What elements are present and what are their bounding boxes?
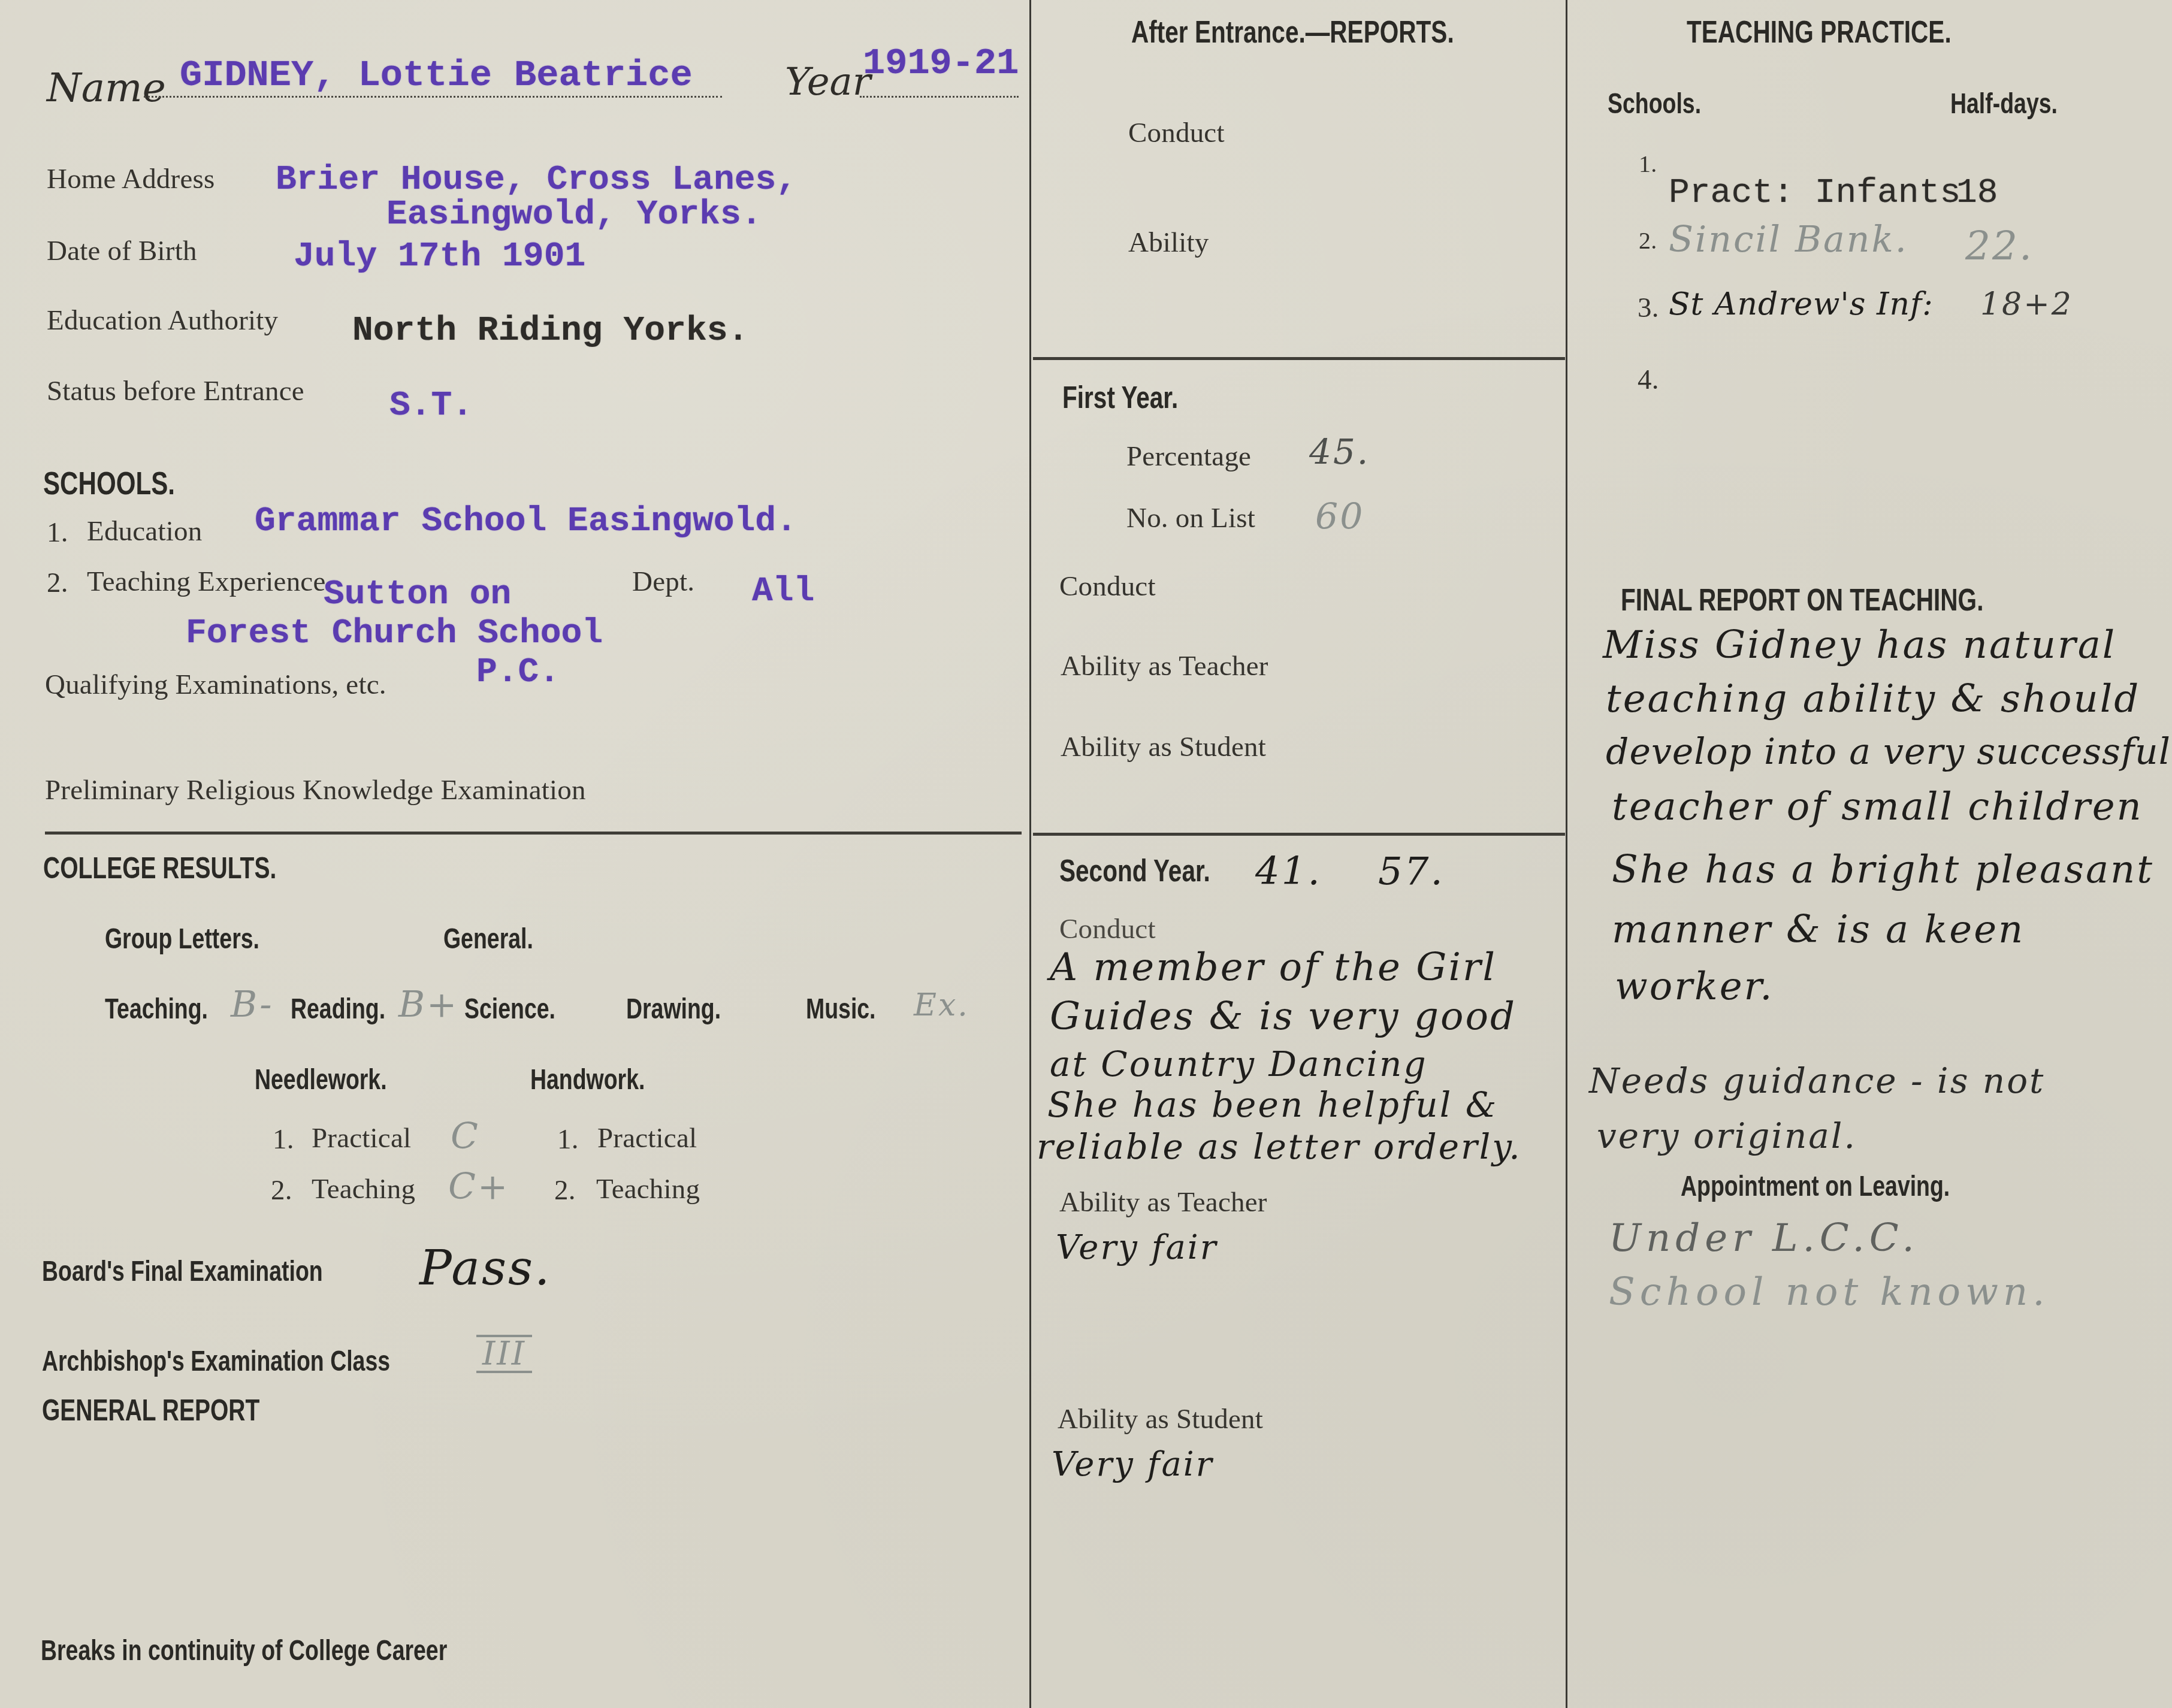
needle-teaching-num: 2. xyxy=(271,1174,292,1207)
first-year-student-label: Ability as Student xyxy=(1061,731,1266,763)
column-divider-right xyxy=(1566,0,1567,1708)
first-year-conduct-label: Conduct xyxy=(1059,570,1156,603)
needlework-label: Needlework. xyxy=(255,1063,387,1096)
education-authority-value: North Riding Yorks. xyxy=(352,312,748,350)
boards-final-label: Board's Final Examination xyxy=(42,1255,323,1288)
tp-item-num: 3. xyxy=(1638,292,1659,324)
second-year-student-label: Ability as Student xyxy=(1058,1403,1263,1435)
needle-practical-num: 1. xyxy=(273,1123,294,1156)
second-year-heading: Second Year. xyxy=(1059,853,1210,889)
appointment-line: School not known. xyxy=(1609,1270,2049,1314)
hand-teaching-num: 2. xyxy=(554,1174,576,1207)
tp-item-half-days: 18+2 xyxy=(1980,286,2073,322)
teaching-grade: B- xyxy=(231,984,273,1026)
tp-item-half-days: 22. xyxy=(1965,223,2034,269)
record-card: Name GIDNEY, Lottie Beatrice Year 1919-2… xyxy=(0,0,2172,1708)
science-label: Science. xyxy=(464,993,555,1026)
section-rule-left xyxy=(45,832,1022,835)
college-results-heading: COLLEGE RESULTS. xyxy=(43,851,276,885)
first-year-percentage-label: Percentage xyxy=(1126,440,1251,473)
status-label: Status before Entrance xyxy=(47,375,304,407)
final-report-line: develop into a very successful xyxy=(1606,731,2171,773)
section-rule-first-year xyxy=(1033,357,1565,360)
dob-value: July 17th 1901 xyxy=(294,237,585,276)
qualifying-value: P.C. xyxy=(476,653,560,692)
final-report-line: manner & is a keen xyxy=(1612,908,2025,952)
second-year-conduct-line: reliable as letter orderly. xyxy=(1037,1126,1522,1167)
experience-value-line1: Sutton on xyxy=(324,575,511,614)
tp-item-num: 1. xyxy=(1639,150,1657,178)
second-year-teacher-label: Ability as Teacher xyxy=(1059,1186,1267,1219)
needle-practical-grade: C xyxy=(451,1116,480,1157)
name-value: GIDNEY, Lottie Beatrice xyxy=(180,54,693,96)
tp-item-num: 2. xyxy=(1639,226,1657,255)
schools-heading: SCHOOLS. xyxy=(43,465,175,502)
general-report-label: GENERAL REPORT xyxy=(42,1393,259,1428)
home-address-label: Home Address xyxy=(47,163,215,195)
experience-label: Teaching Experience xyxy=(87,566,325,598)
dob-label: Date of Birth xyxy=(47,235,197,267)
name-label: Name xyxy=(47,65,166,111)
home-address-line1: Brier House, Cross Lanes, xyxy=(276,161,797,199)
status-value: S.T. xyxy=(389,386,473,425)
religious-exam-label: Preliminary Religious Knowledge Examinat… xyxy=(45,774,586,806)
appointment-line: Under L.C.C. xyxy=(1609,1216,1919,1260)
hand-teaching-label: Teaching xyxy=(596,1173,700,1205)
second-year-teacher-value: Very fair xyxy=(1056,1228,1218,1267)
education-label: Education xyxy=(87,515,202,548)
archbishop-label: Archbishop's Examination Class xyxy=(42,1345,390,1378)
guidance-line: very original. xyxy=(1597,1116,1857,1156)
first-year-teacher-label: Ability as Teacher xyxy=(1061,650,1268,682)
tp-item-num: 4. xyxy=(1638,364,1659,396)
education-num: 1. xyxy=(47,516,68,549)
final-report-line: She has a bright pleasant xyxy=(1612,848,2154,892)
reports-heading: After Entrance.—REPORTS. xyxy=(1131,14,1454,50)
second-year-conduct-line: at Country Dancing xyxy=(1050,1044,1428,1084)
drawing-label: Drawing. xyxy=(626,993,721,1026)
tp-half-days-label: Half-days. xyxy=(1950,87,2058,120)
reading-grade: B+ xyxy=(398,984,458,1026)
qualifying-label: Qualifying Examinations, etc. xyxy=(45,669,386,701)
experience-value-line2: Forest Church School xyxy=(186,614,603,653)
year-dotted-line xyxy=(860,96,1019,98)
needle-teaching-grade: C+ xyxy=(448,1166,509,1208)
needle-practical-label: Practical xyxy=(312,1122,411,1154)
year-label: Year xyxy=(785,60,871,104)
archbishop-value: III xyxy=(476,1335,532,1373)
teaching-practice-heading: TEACHING PRACTICE. xyxy=(1687,14,1952,50)
music-label: Music. xyxy=(806,993,876,1026)
group-letters-label: Group Letters. xyxy=(105,923,259,956)
education-authority-label: Education Authority xyxy=(47,304,278,337)
teaching-label: Teaching. xyxy=(105,993,208,1026)
guidance-line: Needs guidance - is not xyxy=(1589,1060,2045,1101)
tp-item-school: Sincil Bank. xyxy=(1669,219,1908,261)
handwork-label: Handwork. xyxy=(530,1063,645,1096)
final-report-line: teaching ability & should xyxy=(1606,677,2140,721)
dept-label: Dept. xyxy=(632,566,694,598)
column-divider-left xyxy=(1029,0,1031,1708)
first-year-heading: First Year. xyxy=(1062,380,1178,416)
first-year-percentage-value: 45. xyxy=(1309,431,1370,472)
second-year-conduct-label: Conduct xyxy=(1059,913,1156,945)
final-report-line: worker. xyxy=(1615,965,1774,1009)
home-address-line2: Easingwold, Yorks. xyxy=(386,195,762,234)
tp-schools-label: Schools. xyxy=(1608,87,1701,120)
second-year-conduct-line: A member of the Girl xyxy=(1050,945,1497,990)
education-value: Grammar School Easingwold. xyxy=(255,502,797,541)
year-value: 1919-21 xyxy=(863,42,1019,84)
entrance-conduct-label: Conduct xyxy=(1128,117,1225,149)
music-grade: Ex. xyxy=(914,987,969,1023)
tp-item-half-days: 18 xyxy=(1956,174,1998,213)
general-label: General. xyxy=(443,923,533,956)
needle-teaching-label: Teaching xyxy=(312,1173,415,1205)
tp-item-school: St Andrew's Inf: xyxy=(1669,286,1934,322)
reading-label: Reading. xyxy=(291,993,385,1026)
appointment-label: Appointment on Leaving. xyxy=(1681,1170,1950,1203)
hand-practical-label: Practical xyxy=(597,1122,697,1154)
second-year-percentage-value: 41. xyxy=(1255,850,1322,894)
dept-value: All xyxy=(752,572,814,611)
final-report-line: teacher of small children xyxy=(1612,785,2143,829)
first-year-no-on-list-label: No. on List xyxy=(1126,502,1255,534)
breaks-label: Breaks in continuity of College Career xyxy=(41,1634,447,1667)
second-year-no-on-list-value: 57. xyxy=(1378,850,1445,894)
second-year-student-value: Very fair xyxy=(1052,1445,1213,1484)
hand-practical-num: 1. xyxy=(557,1123,579,1156)
second-year-conduct-line: Guides & is very good xyxy=(1050,994,1517,1039)
second-year-conduct-line: She has been helpful & xyxy=(1047,1084,1498,1125)
section-rule-second-year xyxy=(1033,833,1565,836)
boards-final-value: Pass. xyxy=(419,1240,551,1296)
final-report-heading: FINAL REPORT ON TEACHING. xyxy=(1621,582,1983,618)
entrance-ability-label: Ability xyxy=(1128,226,1209,259)
final-report-line: Miss Gidney has natural xyxy=(1603,623,2116,667)
tp-item-school: Pract: Infants xyxy=(1669,174,1960,213)
experience-num: 2. xyxy=(47,567,68,599)
first-year-no-on-list-value: 60 xyxy=(1315,496,1364,538)
